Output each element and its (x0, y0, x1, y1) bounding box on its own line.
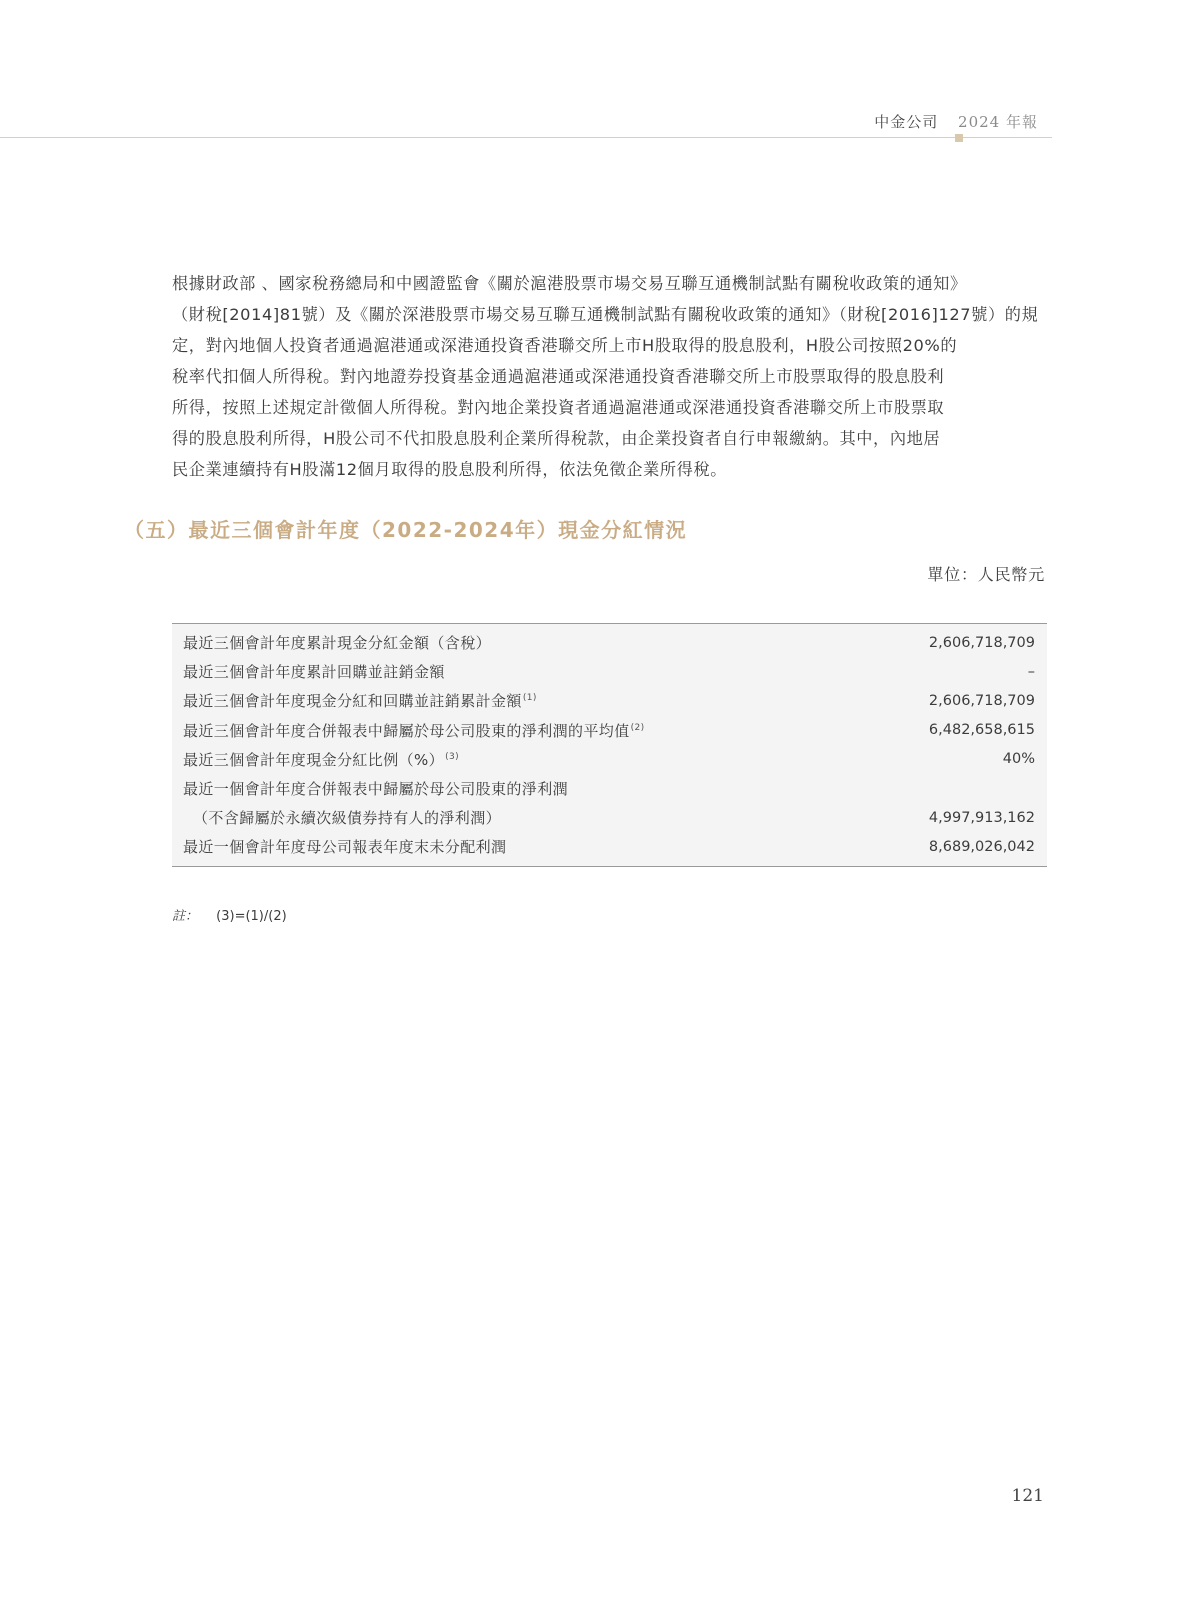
row-value: 6,482,658,615 (929, 722, 1035, 738)
row-label: 最近一個會計年度母公司報表年度末未分配利潤 (183, 836, 506, 857)
footnote-ref: (3) (445, 752, 459, 762)
footnote-ref: (2) (631, 723, 645, 733)
row-label: 最近三個會計年度現金分紅比例（%）(3) (183, 749, 459, 770)
row-label: 最近三個會計年度合併報表中歸屬於母公司股東的淨利潤的平均值(2) (183, 720, 645, 741)
paragraph-line: 得的股息股利所得，H股公司不代扣股息股利企業所得稅款，由企業投資者自行申報繳納。… (172, 423, 1052, 454)
paragraph-line: 稅率代扣個人所得稅。對內地證券投資基金通過滬港通或深港通投資香港聯交所上市股票取… (172, 361, 1052, 392)
row-value: 8,689,026,042 (929, 839, 1035, 855)
row-label: 最近三個會計年度現金分紅和回購並註銷累計金額(1) (183, 690, 537, 711)
table-row: 最近一個會計年度母公司報表年度末未分配利潤 8,689,026,042 (172, 832, 1047, 861)
footnote-label: 註： (172, 909, 198, 924)
table-row: 最近三個會計年度現金分紅比例（%）(3) 40% (172, 745, 1047, 774)
paragraph-line: 民企業連續持有H股滿12個月取得的股息股利所得，依法免徵企業所得稅。 (172, 454, 1052, 485)
section-title: （五）最近三個會計年度（2022-2024年）現金分紅情況 (124, 514, 687, 543)
table-row: 最近三個會計年度合併報表中歸屬於母公司股東的淨利潤的平均值(2) 6,482,6… (172, 716, 1047, 745)
paragraph-line: 根據財政部 、國家稅務總局和中國證監會《關於滬港股票市場交易互聯互通機制試點有關… (172, 268, 1052, 299)
row-value: 2,606,718,709 (929, 635, 1035, 651)
paragraph-line: 定，對內地個人投資者通過滬港通或深港通投資香港聯交所上市H股取得的股息股利，H股… (172, 330, 1052, 361)
body-paragraph: 根據財政部 、國家稅務總局和中國證監會《關於滬港股票市場交易互聯互通機制試點有關… (172, 268, 1052, 485)
table-row: 最近三個會計年度累計回購並註銷金額 – (172, 657, 1047, 686)
table-footnote: 註： (3)=(1)/(2) (172, 905, 287, 924)
header-marker-square (955, 134, 963, 142)
page-number: 121 (1012, 1486, 1044, 1506)
table-row: 最近三個會計年度現金分紅和回購並註銷累計金額(1) 2,606,718,709 (172, 686, 1047, 715)
unit-label: 單位：人民幣元 (927, 562, 1045, 585)
header-report-title: 2024 年報 (958, 113, 1038, 131)
header-company: 中金公司 (874, 113, 938, 131)
table-row: （不含歸屬於永續次級債券持有人的淨利潤） 4,997,913,162 (172, 803, 1047, 832)
table-row: 最近三個會計年度累計現金分紅金額（含稅） 2,606,718,709 (172, 628, 1047, 657)
row-value: 4,997,913,162 (929, 810, 1035, 826)
dividend-table: 最近三個會計年度累計現金分紅金額（含稅） 2,606,718,709 最近三個會… (172, 623, 1047, 867)
running-header: 中金公司 2024 年報 (874, 111, 1038, 132)
paragraph-line: （財稅[2014]81號）及《關於深港股票市場交易互聯互通機制試點有關稅收政策的… (172, 299, 1052, 330)
footnote-text: (3)=(1)/(2) (216, 909, 287, 924)
row-label: 最近一個會計年度合併報表中歸屬於母公司股東的淨利潤 (183, 778, 568, 799)
row-label: 最近三個會計年度累計現金分紅金額（含稅） (183, 632, 491, 653)
row-value: 40% (1003, 751, 1035, 767)
row-value: 2,606,718,709 (929, 693, 1035, 709)
paragraph-line: 所得，按照上述規定計徵個人所得稅。對內地企業投資者通過滬港通或深港通投資香港聯交… (172, 392, 1052, 423)
row-value: – (1028, 664, 1035, 680)
table-row: 最近一個會計年度合併報表中歸屬於母公司股東的淨利潤 (172, 774, 1047, 803)
row-label: （不含歸屬於永續次級債券持有人的淨利潤） (183, 807, 501, 828)
header-divider (0, 137, 1052, 138)
row-label: 最近三個會計年度累計回購並註銷金額 (183, 661, 445, 682)
footnote-ref: (1) (523, 693, 537, 703)
